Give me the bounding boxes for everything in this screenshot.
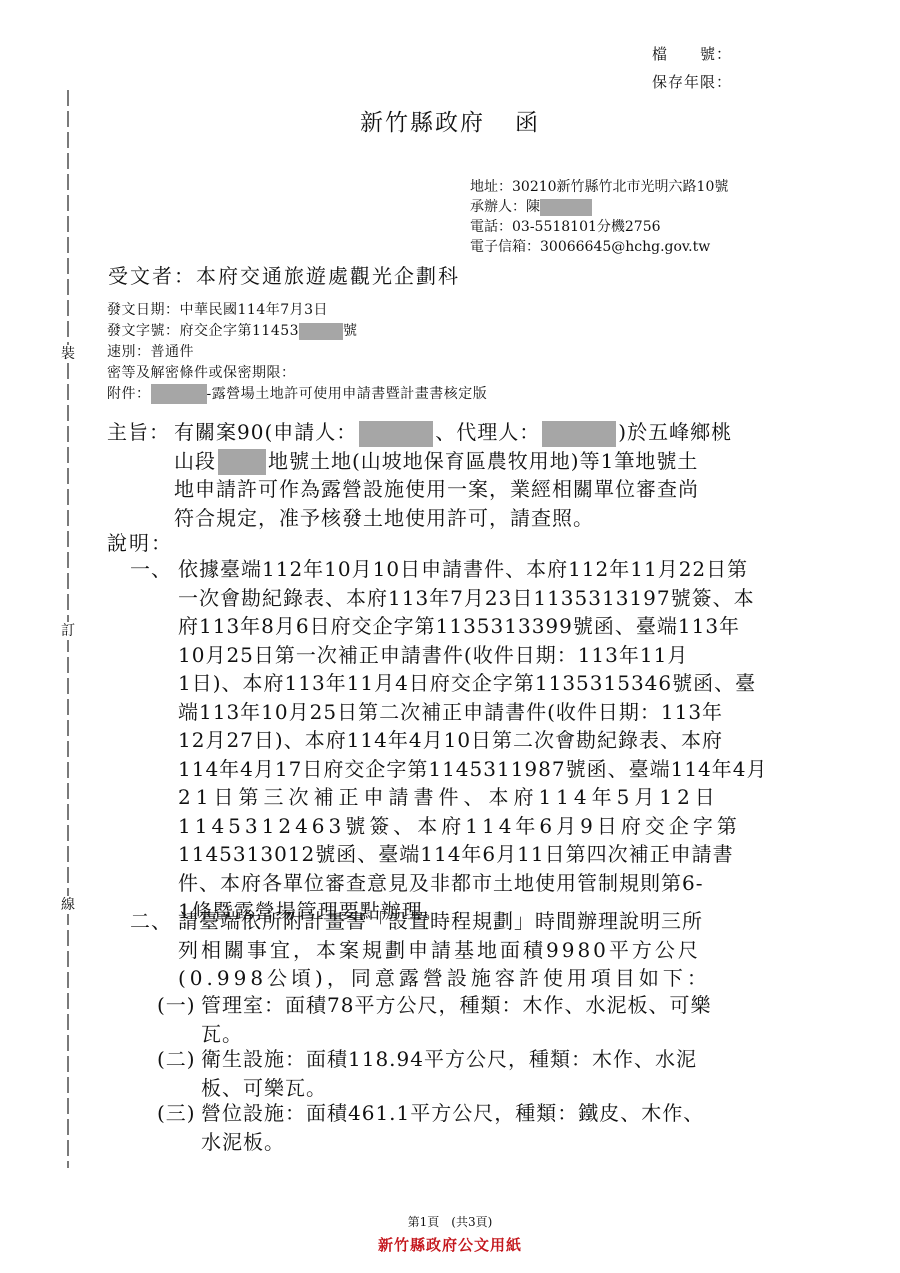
item-number: 一、 bbox=[130, 555, 172, 584]
retention-label: 保存年限： bbox=[652, 68, 740, 96]
item-line: 21日第三次補正申請書件、本府114年5月12日 bbox=[178, 783, 768, 812]
sub-item-number: (一) bbox=[157, 991, 196, 1020]
item-line: 端113年10月25日第二次補正申請書件(收件日期：113年 bbox=[178, 698, 768, 727]
item-line: 依據臺端112年10月10日申請書件、本府112年11月22日第 bbox=[178, 555, 768, 584]
recipient: 受文者：本府交通旅遊處觀光企劃科 bbox=[108, 260, 460, 289]
subject-section: 主旨： 有關案90(申請人：、代理人：)於五峰鄉桃 山段地號土地(山坡地保育區農… bbox=[107, 418, 807, 532]
page-indicator: 第1頁 (共3頁) bbox=[0, 1213, 900, 1230]
subject-text: 有關案90(申請人： bbox=[174, 420, 357, 444]
subject-line: 符合規定，准予核發土地使用許可，請查照。 bbox=[174, 504, 807, 533]
sub-item-1: (一) 管理室：面積78平方公尺，種類：木作、水泥板、可樂 瓦。 bbox=[157, 991, 711, 1048]
subject-text: 山段 bbox=[174, 449, 216, 473]
item-number: 二、 bbox=[130, 907, 172, 936]
sub-item-line: 衛生設施：面積118.94平方公尺，種類：木作、水泥 bbox=[201, 1045, 697, 1074]
doc-number-prefix: 發文字號：府交企字第11453 bbox=[107, 323, 299, 339]
title-org: 新竹縣政府 bbox=[360, 110, 485, 136]
subject-text: )於五峰鄉桃 bbox=[618, 420, 732, 444]
contact-handler: 承辦人：陳 bbox=[470, 197, 728, 217]
item-line: 12月27日)、本府114年4月10日第二次會勘紀錄表、本府 bbox=[178, 726, 768, 755]
page-title: 新竹縣政府函 bbox=[0, 104, 900, 137]
item-line: 1日)、本府113年11月4日府交企字第1135315346號函、臺 bbox=[178, 669, 768, 698]
redaction-block bbox=[542, 421, 616, 447]
doc-number-suffix: 號 bbox=[343, 323, 358, 339]
redaction-block bbox=[359, 421, 433, 447]
item-line: 1145312463號簽、本府114年6月9日府交企字第 bbox=[178, 812, 768, 841]
redaction-block bbox=[151, 384, 207, 404]
subject-line: 有關案90(申請人：、代理人：)於五峰鄉桃 bbox=[174, 418, 807, 447]
sub-item-number: (二) bbox=[157, 1045, 196, 1074]
item-line: 府113年8月6日府交企字第1135313399號函、臺端113年 bbox=[178, 612, 768, 641]
item-line: 件、本府各單位審查意見及非都市土地使用管制規則第6- bbox=[178, 869, 768, 898]
sub-item-line: 營位設施：面積461.1平方公尺，種類：鐵皮、木作、 bbox=[201, 1099, 704, 1128]
item-line: 一次會勘紀錄表、本府113年7月23日1135313197號簽、本 bbox=[178, 584, 768, 613]
item-line: 1145313012號函、臺端114年6月11日第四次補正申請書 bbox=[178, 840, 768, 869]
handler-label: 承辦人：陳 bbox=[470, 199, 540, 215]
subject-text: 、代理人： bbox=[435, 420, 540, 444]
item-line: (0.998公頃)，同意露營設施容許使用項目如下： bbox=[178, 964, 711, 993]
sub-item-line: 板、可樂瓦。 bbox=[201, 1074, 697, 1103]
subject-label: 主旨： bbox=[107, 418, 170, 447]
redaction-block bbox=[299, 323, 343, 340]
item-line: 請臺端依所附計畫書「設置時程規劃」時間辦理說明三所 bbox=[178, 907, 711, 936]
item-line: 114年4月17日府交企字第1145311987號函、臺端114年4月 bbox=[178, 755, 768, 784]
subject-line: 山段地號土地(山坡地保育區農牧用地)等1筆地號土 bbox=[174, 447, 807, 476]
redaction-block bbox=[218, 449, 266, 475]
file-meta: 檔 號： 保存年限： bbox=[652, 40, 740, 96]
doc-number: 發文字號：府交企字第11453號 bbox=[107, 321, 487, 342]
contact-phone: 電話：03-5518101分機2756 bbox=[470, 217, 728, 237]
item-line: 列相關事宜，本案規劃申請基地面積9980平方公尺 bbox=[178, 936, 711, 965]
margin-mark-line: 線 bbox=[58, 896, 78, 914]
margin-mark-bind: 裝 bbox=[58, 345, 78, 363]
explanation-item-1: 一、 依據臺端112年10月10日申請書件、本府112年11月22日第 一次會勘… bbox=[130, 555, 768, 926]
explanation-label: 說明： bbox=[107, 527, 173, 556]
title-type: 函 bbox=[515, 110, 540, 136]
speed-class: 速別：普通件 bbox=[107, 342, 487, 363]
attachment-label: 附件： bbox=[107, 386, 151, 402]
official-paper-label: 新竹縣政府公文用紙 bbox=[0, 1234, 900, 1255]
contact-block: 地址：30210新竹縣竹北市光明六路10號 承辦人：陳 電話：03-551810… bbox=[470, 177, 728, 257]
subject-line: 地申請許可作為露營設施使用一案，業經相關單位審查尚 bbox=[174, 475, 807, 504]
file-number-label: 檔 號： bbox=[652, 40, 740, 68]
sub-item-line: 瓦。 bbox=[201, 1020, 711, 1049]
explanation-item-2: 二、 請臺端依所附計畫書「設置時程規劃」時間辦理說明三所 列相關事宜，本案規劃申… bbox=[130, 907, 711, 993]
redaction-block bbox=[540, 199, 592, 216]
attachment-name: -露營場土地許可使用申請書暨計畫書核定版 bbox=[207, 386, 488, 402]
item-line: 10月25日第一次補正申請書件(收件日期：113年11月 bbox=[178, 641, 768, 670]
classification: 密等及解密條件或保密期限： bbox=[107, 363, 487, 384]
sub-item-line: 水泥板。 bbox=[201, 1128, 704, 1157]
subject-text: 地號土地(山坡地保育區農牧用地)等1筆地號土 bbox=[268, 449, 698, 473]
document-meta: 發文日期：中華民國114年7月3日 發文字號：府交企字第11453號 速別：普通… bbox=[107, 300, 487, 405]
sub-item-line: 管理室：面積78平方公尺，種類：木作、水泥板、可樂 bbox=[201, 991, 711, 1020]
contact-address: 地址：30210新竹縣竹北市光明六路10號 bbox=[470, 177, 728, 197]
attachment: 附件：-露營場土地許可使用申請書暨計畫書核定版 bbox=[107, 384, 487, 405]
margin-mark-staple: 訂 bbox=[58, 622, 78, 640]
sub-item-3: (三) 營位設施：面積461.1平方公尺，種類：鐵皮、木作、 水泥板。 bbox=[157, 1099, 704, 1156]
sub-item-number: (三) bbox=[157, 1099, 196, 1128]
contact-email: 電子信箱：30066645@hchg.gov.tw bbox=[470, 237, 728, 257]
issue-date: 發文日期：中華民國114年7月3日 bbox=[107, 300, 487, 321]
sub-item-2: (二) 衛生設施：面積118.94平方公尺，種類：木作、水泥 板、可樂瓦。 bbox=[157, 1045, 697, 1102]
